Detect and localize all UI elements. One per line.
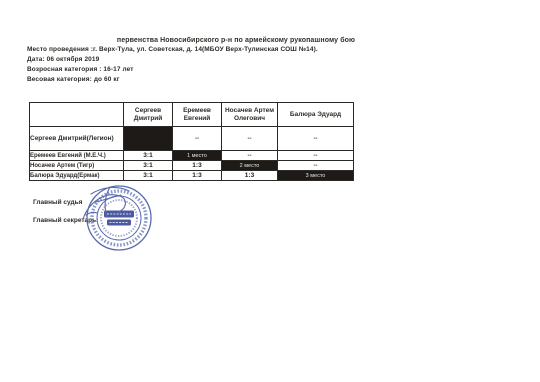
- location-line: Место проведения :г. Верх-Тула, ул. Сове…: [27, 46, 318, 53]
- table-row-eremeev: Еремеев Евгений (М.Е.Ч.) 3:1 1 место -- …: [30, 151, 354, 161]
- score-cell: --: [278, 161, 354, 171]
- score-cell: 1:3: [222, 171, 278, 181]
- date-line: Дата: 06 октября 2019: [27, 56, 99, 63]
- weight-category-line: Весовая категория: до 60 кг: [27, 76, 120, 83]
- table-header-row: Сергеев Дмитрий Еремеев Евгений Носачев …: [30, 103, 354, 127]
- score-cell: --: [278, 151, 354, 161]
- row-label: Носачев Артем (Тигр): [30, 161, 124, 171]
- scanned-protocol-page: первенства Новосибирского р-н по армейск…: [0, 0, 540, 382]
- place-cell: 1 место: [173, 151, 222, 161]
- place-cell: 2 место: [222, 161, 278, 171]
- score-cell: --: [222, 151, 278, 161]
- score-cell: 1:3: [173, 161, 222, 171]
- score-cell: --: [278, 127, 354, 151]
- column-header-sergeev: Сергеев Дмитрий: [124, 103, 173, 127]
- document-title: первенства Новосибирского р-н по армейск…: [30, 37, 442, 44]
- column-header-balyura: Балюра Эдуард: [278, 103, 354, 127]
- score-cell: 3:1: [124, 161, 173, 171]
- corner-cell: [30, 103, 124, 127]
- score-cell: 1:3: [173, 171, 222, 181]
- column-header-nosachev: Носачев Артем Олегович: [222, 103, 278, 127]
- results-table: Сергеев Дмитрий Еремеев Евгений Носачев …: [29, 102, 354, 181]
- official-round-stamp-icon: [76, 175, 162, 261]
- score-cell: 3:1: [124, 151, 173, 161]
- stamp-center-emblem: [104, 211, 134, 226]
- row-label: Сергеев Дмитрий(Легион): [30, 127, 124, 151]
- score-cell: --: [222, 127, 278, 151]
- diagonal-cell: [124, 127, 173, 151]
- column-header-eremeev: Еремеев Евгений: [173, 103, 222, 127]
- chief-judge-label: Главный судья: [33, 199, 82, 206]
- place-cell: 3 место: [278, 171, 354, 181]
- table-row-nosachev: Носачев Артем (Тигр) 3:1 1:3 2 место --: [30, 161, 354, 171]
- table-row-sergeev: Сергеев Дмитрий(Легион) -- -- --: [30, 127, 354, 151]
- score-cell: --: [173, 127, 222, 151]
- row-label: Еремеев Евгений (М.Е.Ч.): [30, 151, 124, 161]
- age-category-line: Возросная категория : 16-17 лет: [27, 66, 134, 73]
